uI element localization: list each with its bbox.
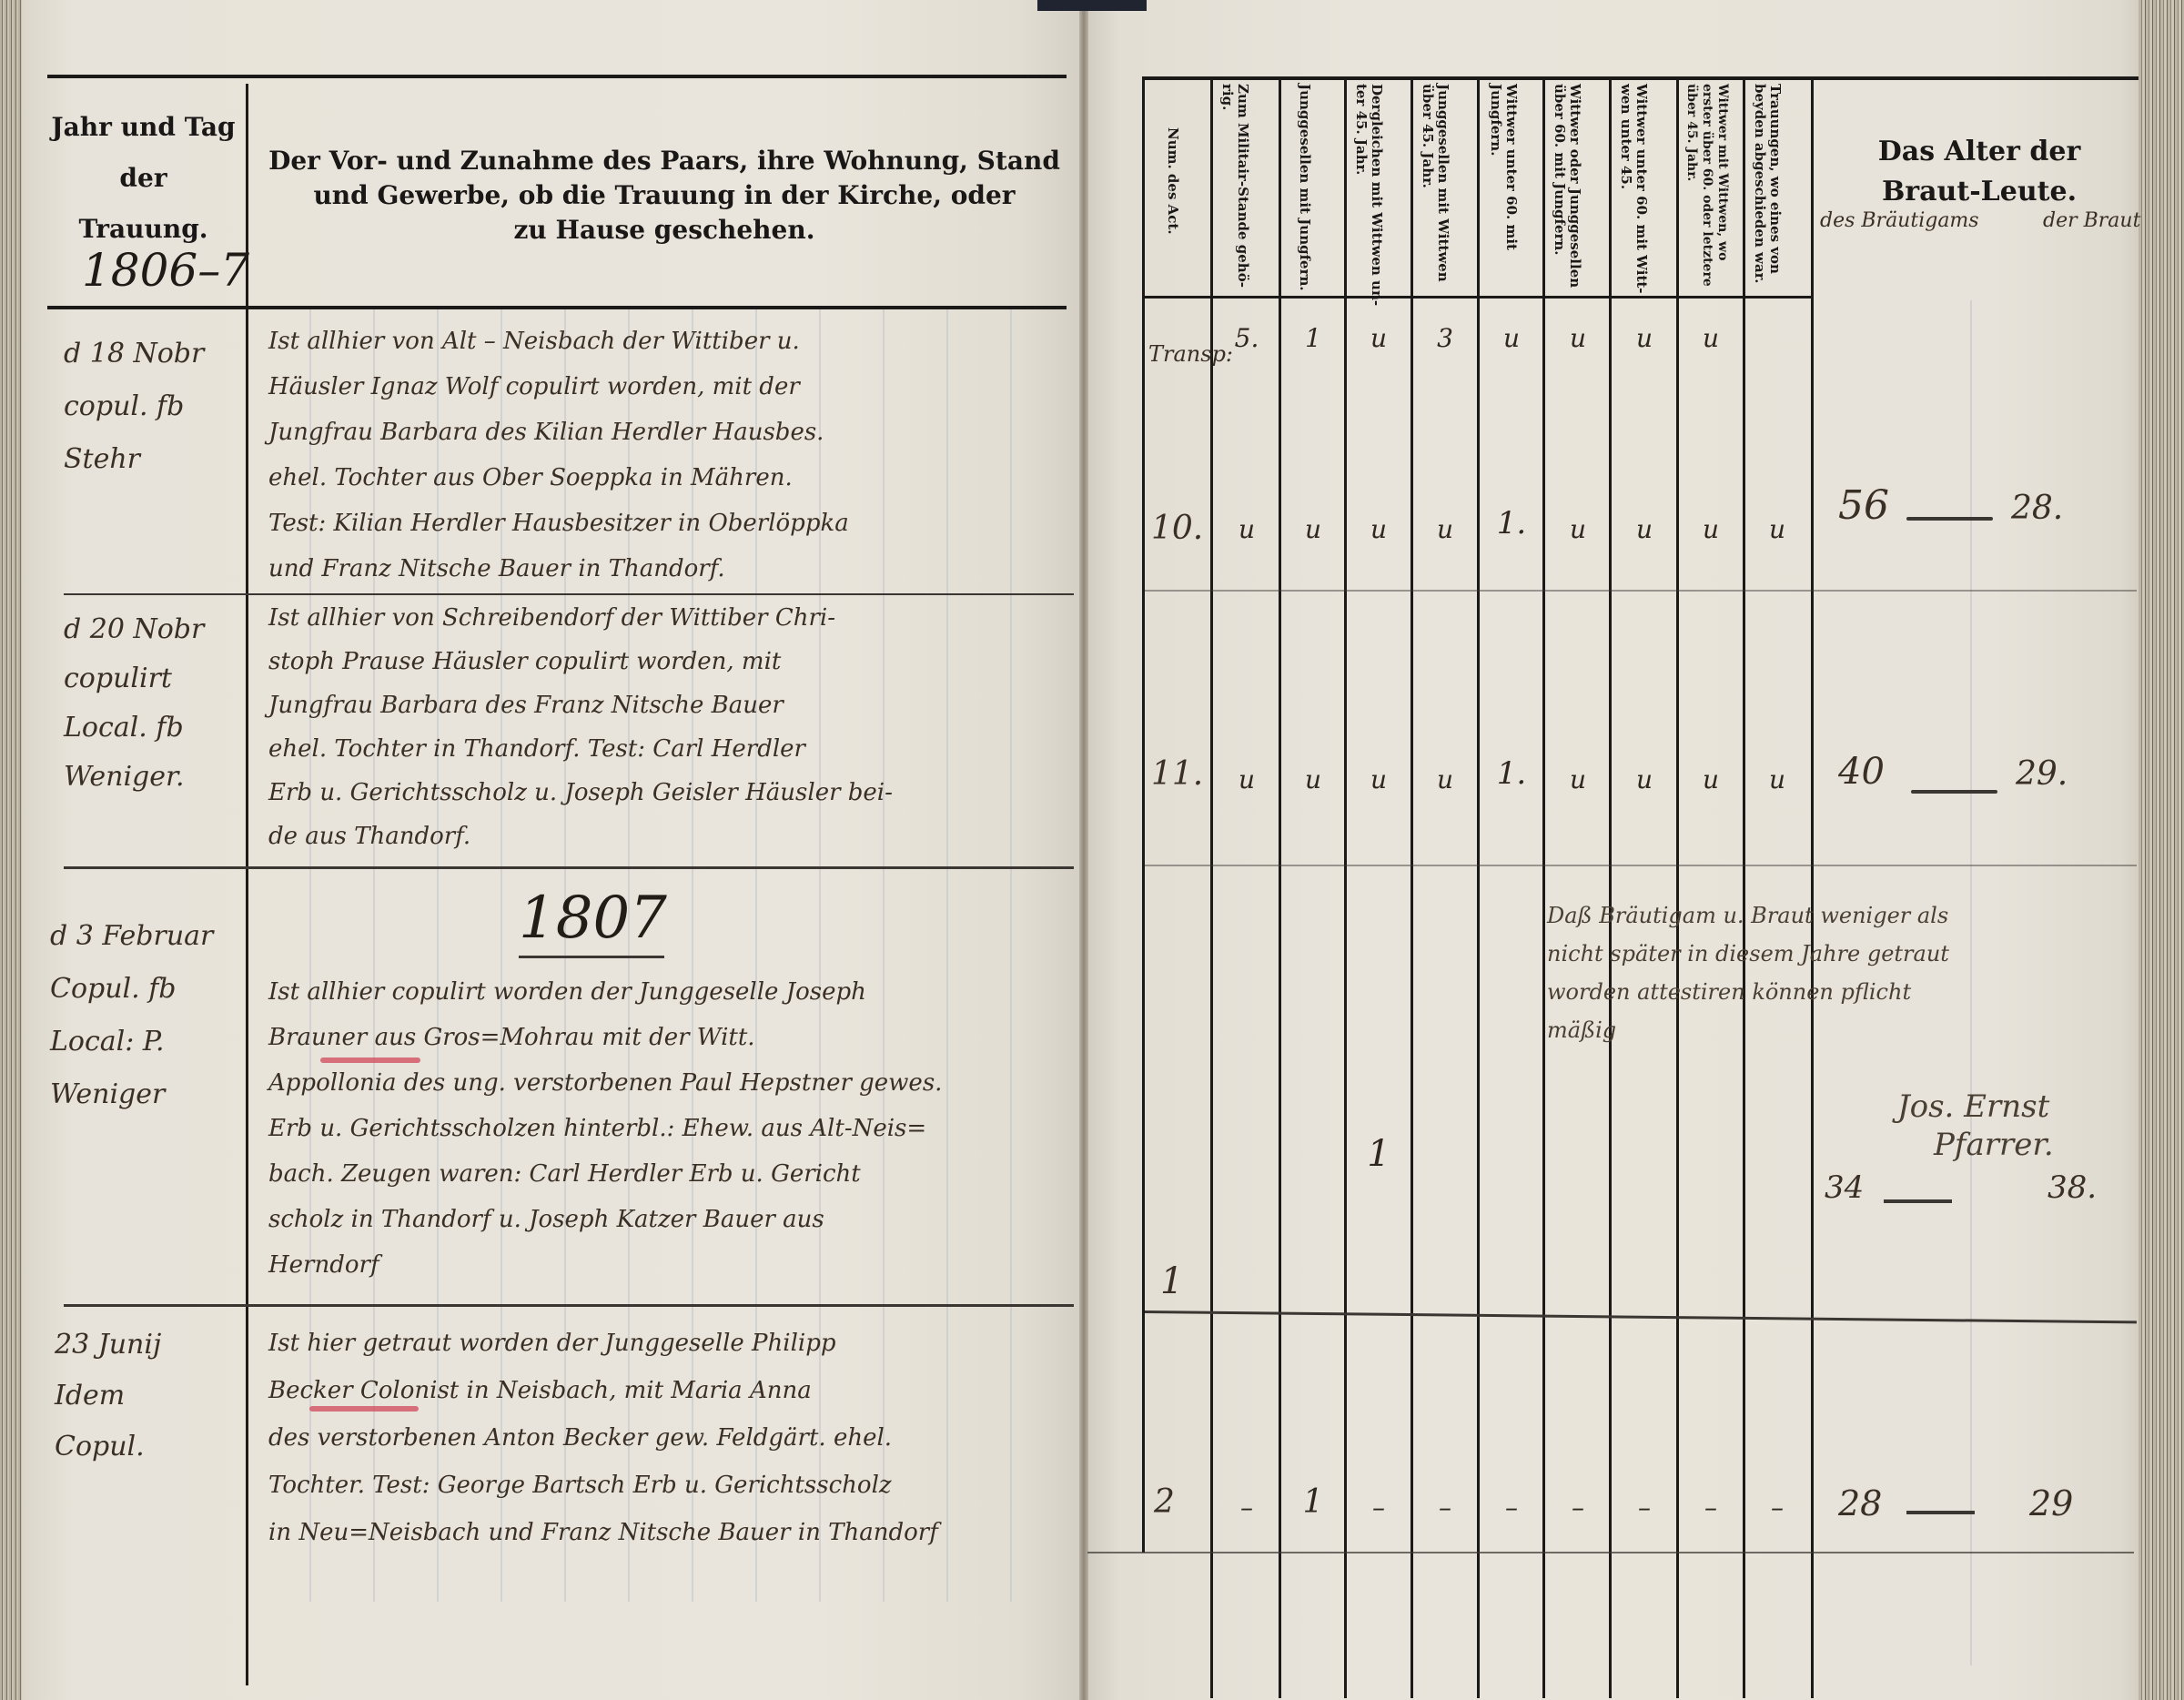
row-10-cell: u [1281, 514, 1345, 544]
entry-3-date-line: d 3 Februar [50, 910, 246, 963]
col-header-over-60-maidens: Wittwer oder Junggesellen über 60. mit J… [1552, 84, 1582, 307]
row-1807-2-cell: 1 [1281, 1483, 1345, 1521]
entry-2-date: d 20 Nobr copulirt Local. fb Weniger. [64, 605, 246, 802]
age-column-header: Das Alter der Braut-Leute. [1829, 132, 2129, 212]
right-page-edges [2138, 0, 2184, 1700]
row-11-cell: u [1679, 764, 1743, 794]
red-underline-brauner [320, 1057, 420, 1063]
entry-4-date: 23 Junij Idem Copul. [55, 1320, 246, 1472]
entry-2-date-line: Weniger. [64, 753, 246, 802]
right-header-top-rule [1142, 76, 2138, 80]
entry-2-line: Erb u. Gerichtsscholz u. Joseph Geisler … [268, 771, 1069, 815]
row-11-cell: u [1413, 764, 1477, 794]
row-transp-cell: u [1480, 323, 1543, 353]
entry-1-line: und Franz Nitsche Bauer in Thandorf. [268, 546, 1069, 592]
pastor-signature: Jos. Ernst Pfarrer. [1897, 1088, 2054, 1164]
entry-2-date-line: copulirt [64, 654, 246, 703]
entry-3-line: Appollonia des ung. verstorbenen Paul He… [268, 1060, 1069, 1106]
col-header-divorced: Trauungen, wo eines von beyden abgeschie… [1752, 84, 1783, 307]
row-1807-1-cell: 1 [1347, 1133, 1410, 1175]
signature-name: Jos. Ernst [1897, 1088, 2054, 1126]
col-header-military: Zum Militair-Stande gehö-rig. [1219, 84, 1250, 307]
row-1807-2-cell: – [1347, 1493, 1410, 1523]
age-subheader-bride: der Braut [2043, 209, 2140, 232]
entry-1-date-line: copul. fb [64, 380, 246, 433]
row-10-cell: u [1215, 514, 1279, 544]
book-gutter [1079, 0, 1088, 1700]
row-10-bride-age: 28. [2011, 490, 2063, 527]
row-transp-cell: u [1679, 323, 1743, 353]
entry-2-date-line: Local. fb [64, 703, 246, 753]
entry-3-line: bach. Zeugen waren: Carl Herdler Erb u. … [268, 1151, 1069, 1197]
row-10-cell: u [1613, 514, 1676, 544]
row-11-age-dash [1911, 790, 1997, 794]
entry-4-line: in Neu=Neisbach und Franz Nitsche Bauer … [268, 1509, 1069, 1556]
row-10-cell: u [1347, 514, 1410, 544]
details-column-header: Der Vor- und Zunahme des Paars, ihre Woh… [255, 144, 1074, 248]
entry-4-line: Tochter. Test: George Bartsch Erb u. Ger… [268, 1462, 1069, 1509]
row-transp-cell: u [1546, 323, 1610, 353]
col-header-bachelors-widows-over-45: Junggesellen mit Wittwen über 45. Jahr. [1420, 84, 1451, 307]
entry-3-text: Ist allhier copulirt worden der Junggese… [268, 969, 1069, 1288]
row-1807-2-cell: – [1215, 1493, 1279, 1523]
row-10-cell: 1. [1480, 505, 1543, 541]
right-row-divider-4 [1087, 1552, 2134, 1553]
red-underline-becker [309, 1406, 419, 1412]
left-row-divider-1 [64, 593, 1074, 595]
entry-1-line: Jungfrau Barbara des Kilian Herdler Haus… [268, 410, 1069, 455]
entry-3-date: d 3 Februar Copul. fb Local: P. Weniger [50, 910, 246, 1121]
entry-3-date-line: Weniger [50, 1068, 246, 1121]
entry-2-line: Jungfrau Barbara des Franz Nitsche Bauer [268, 683, 1069, 727]
entry-4-text: Ist hier getraut worden der Junggeselle … [268, 1320, 1069, 1556]
note-line: mäßig [1547, 1011, 2129, 1049]
date-header-line-1: Jahr und Tag [45, 102, 241, 153]
left-date-column-divider [246, 84, 248, 1685]
entry-3-date-line: Local: P. [50, 1016, 246, 1068]
signature-title: Pfarrer. [1897, 1126, 2054, 1164]
row-1807-2-age-dash [1906, 1511, 1975, 1514]
left-row-divider-2 [64, 866, 1074, 869]
row-11-num: 11. [1151, 755, 1203, 793]
age-subheader-groom: des Bräutigams [1820, 209, 1979, 232]
row-1807-2-groom-age: 28 [1838, 1483, 1882, 1523]
row-10-cell: u [1546, 514, 1610, 544]
left-page-edges [0, 0, 22, 1700]
entry-2-line: ehel. Tochter in Thandorf. Test: Carl He… [268, 727, 1069, 771]
details-header-line-2: und Gewerbe, ob die Trauung in der Kirch… [255, 178, 1074, 213]
entry-3-line: Herndorf [268, 1242, 1069, 1288]
entry-3-line: Erb u. Gerichtsscholzen hinterbl.: Ehew.… [268, 1106, 1069, 1151]
left-header-bottom-rule [47, 306, 1067, 309]
entry-1-date-line: d 18 Nobr [64, 328, 246, 380]
entry-1-line: Test: Kilian Herdler Hausbesitzer in Obe… [268, 501, 1069, 546]
year-heading-1807: 1807 [519, 885, 667, 952]
row-11-groom-age: 40 [1838, 751, 1885, 793]
entry-1-line: Ist allhier von Alt – Neisbach der Witti… [268, 319, 1069, 364]
col-header-num: Num. des Act. [1165, 127, 1180, 255]
entry-2-line: stoph Prause Häusler copulirt worden, mi… [268, 640, 1069, 683]
left-row-divider-3 [64, 1304, 1074, 1307]
row-transp-cell: 1 [1281, 323, 1345, 353]
entry-3-line: scholz in Thandorf u. Joseph Katzer Baue… [268, 1197, 1069, 1242]
row-10-num: 10. [1151, 510, 1203, 547]
row-1807-2-cell: – [1745, 1493, 1809, 1523]
col-header-widowers-under-60-maidens: Wittwer unter 60. mit Jungfern. [1488, 84, 1519, 307]
row-10-cell: u [1679, 514, 1743, 544]
row-10-age-dash [1906, 517, 1993, 521]
entry-2-date-line: d 20 Nobr [64, 605, 246, 654]
row-10-groom-age: 56 [1838, 482, 1889, 529]
entry-4-date-line: 23 Junij [55, 1320, 246, 1371]
row-1807-2-cell: – [1613, 1493, 1676, 1523]
date-header-line-2: der [45, 153, 241, 204]
note-line: nicht später in diesem Jahre getraut [1547, 935, 2129, 973]
row-1807-2-cell: – [1546, 1493, 1610, 1523]
entry-4-line: Ist hier getraut worden der Junggeselle … [268, 1320, 1069, 1367]
entry-1-text: Ist allhier von Alt – Neisbach der Witti… [268, 319, 1069, 592]
row-11-bride-age: 29. [2016, 755, 2068, 793]
row-transp-cell: u [1347, 323, 1410, 353]
right-row-divider-1 [1145, 590, 2137, 592]
right-row-divider-2 [1145, 865, 2137, 866]
row-transp-cell: 3 [1413, 323, 1477, 353]
col-header-widowers-widows-under-45: Wittwer unter 60. mit Witt-wen unter 45. [1618, 84, 1649, 307]
row-1807-1-num: 1 [1160, 1260, 1183, 1302]
entry-2-line: de aus Thandorf. [268, 815, 1069, 858]
row-11-cell: u [1613, 764, 1676, 794]
row-1807-2-cell: – [1413, 1493, 1477, 1523]
entry-1-line: Häusler Ignaz Wolf copulirt worden, mit … [268, 364, 1069, 410]
row-transp-cell: u [1613, 323, 1676, 353]
entry-3-date-line: Copul. fb [50, 963, 246, 1016]
col-header-bachelors-maidens: Junggesellen mit Jungfern. [1297, 84, 1312, 307]
row-transp-cell: 5. [1215, 323, 1279, 353]
details-header-line-1: Der Vor- und Zunahme des Paars, ihre Woh… [255, 144, 1074, 178]
entry-1-date: d 18 Nobr copul. fb Stehr [64, 328, 246, 486]
entry-2-text: Ist allhier von Schreibendorf der Wittib… [268, 596, 1069, 858]
row-11-cell: u [1347, 764, 1410, 794]
row-11-cell: u [1215, 764, 1279, 794]
entry-4-date-line: Idem [55, 1371, 246, 1422]
row-1807-1-groom-age: 34 [1825, 1169, 1864, 1206]
entry-2-line: Ist allhier von Schreibendorf der Wittib… [268, 596, 1069, 640]
note-line: worden attestiren können pflicht [1547, 973, 2129, 1011]
entry-4-line: des verstorbenen Anton Becker gew. Feldg… [268, 1414, 1069, 1462]
entry-4-date-line: Copul. [55, 1422, 246, 1472]
row-1807-1-age-dash [1884, 1199, 1952, 1203]
row-1807-2-num: 2 [1154, 1483, 1175, 1521]
row-1807-2-bride-age: 29 [2029, 1483, 2073, 1523]
row-1807-2-cell: – [1679, 1493, 1743, 1523]
entry-3-line: Brauner aus Gros=Mohrau mit der Witt. [268, 1015, 1069, 1060]
col-header-bachelors-widows-under-45: Dergleichen mit Wittwen un-ter 45. Jahr. [1353, 84, 1384, 307]
details-header-line-3: zu Hause geschehen. [255, 213, 1074, 248]
entry-1-line: ehel. Tochter aus Ober Soeppka in Mähren… [268, 455, 1069, 501]
row-10-cell: u [1413, 514, 1477, 544]
book-binding-top [1037, 0, 1147, 11]
note-line: Daß Bräutigam u. Braut weniger als [1547, 896, 2129, 935]
attestation-note: Daß Bräutigam u. Braut weniger als nicht… [1547, 896, 2129, 1049]
row-10-cell: u [1745, 514, 1809, 544]
date-column-header: Jahr und Tag der Trauung. [45, 102, 241, 255]
row-11-cell: u [1281, 764, 1345, 794]
left-header-top-rule [47, 75, 1067, 78]
row-11-cell: u [1745, 764, 1809, 794]
year-heading-underline [519, 956, 664, 958]
row-11-cell: 1. [1480, 755, 1543, 792]
entry-3-line: Ist allhier copulirt worden der Junggese… [268, 969, 1069, 1015]
row-1807-2-cell: – [1480, 1493, 1543, 1523]
row-1807-1-bride-age: 38. [2047, 1169, 2097, 1206]
entry-1-date-line: Stehr [64, 433, 246, 486]
col-header-widowers-widows-over: Wittwer mit Wittwen, wo erster über 60. … [1683, 84, 1730, 307]
row-11-cell: u [1546, 764, 1610, 794]
year-annotation: 1806–7 [82, 244, 249, 297]
